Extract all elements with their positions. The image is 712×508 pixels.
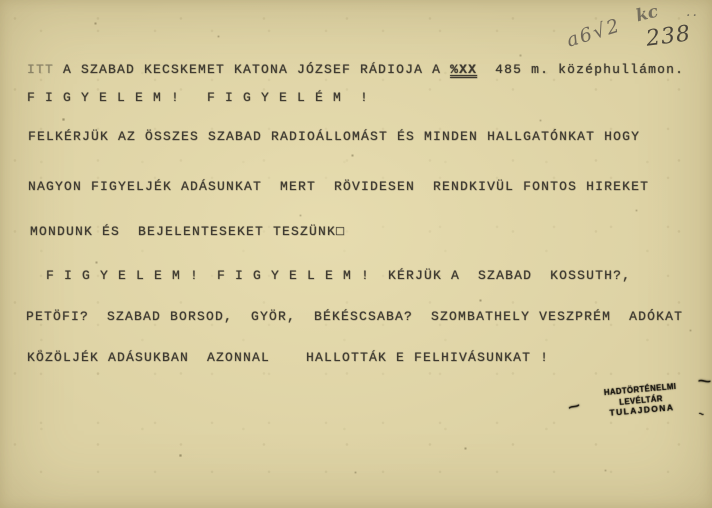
typed-line-1: ITT A SZABAD KECSKEMET KATONA JÓZSEF RÁD…: [27, 62, 684, 77]
typed-line-7: PETÖFI? SZABAD BORSOD, GYÖR, BÉKÉSCSABA?…: [26, 309, 683, 324]
typed-line-1-text: A SZABAD KECSKEMET KATONA JÓZSEF RÁDIOJA…: [54, 62, 450, 77]
pencil-annotation-kc: kc: [634, 2, 660, 27]
typed-line-4: NAGYON FIGYELJÉK ADÁSUNKAT MERT RÖVIDESE…: [28, 179, 649, 194]
typed-line-8: KÖZÖLJÉK ADÁSUKBAN AZONNAL HALLOTTÁK E F…: [27, 350, 549, 365]
scanned-document-page: a6√2 kc ·· 238 ITT A SZABAD KECSKEMET KA…: [0, 0, 712, 508]
typed-line-3: FELKÉRJÜK AZ ÖSSZES SZABAD RADIOÁLLOMÁST…: [28, 129, 640, 144]
typed-line-5: MONDUNK ÉS BEJELENTESEKET TESZÜNK□: [30, 224, 345, 239]
typed-line-1-tail: 485 m. középhullámon.: [477, 62, 684, 77]
stamp-flourish-left-icon: ~: [566, 397, 582, 416]
paper-speckles: [0, 0, 1, 1]
strikethrough-text: %XX: [450, 62, 477, 77]
typed-line-1-faded-word: ITT: [27, 62, 54, 77]
page-number-annotation: 238: [645, 21, 693, 51]
typed-line-6-figyelem: F I G Y E L E M ! F I G Y E L E M ! KÉRJ…: [46, 268, 631, 283]
pencil-annotation-formula: a6√2: [564, 14, 624, 51]
stamp-flourish-right-icon: ~: [698, 373, 712, 390]
typed-line-2-figyelem: F I G Y E L E M ! F I G Y E L É M !: [27, 90, 369, 105]
archive-stamp: ~ ~ ~ HADTÖRTÉNELMI LEVÉLTÁR TULAJDONA: [577, 379, 705, 422]
